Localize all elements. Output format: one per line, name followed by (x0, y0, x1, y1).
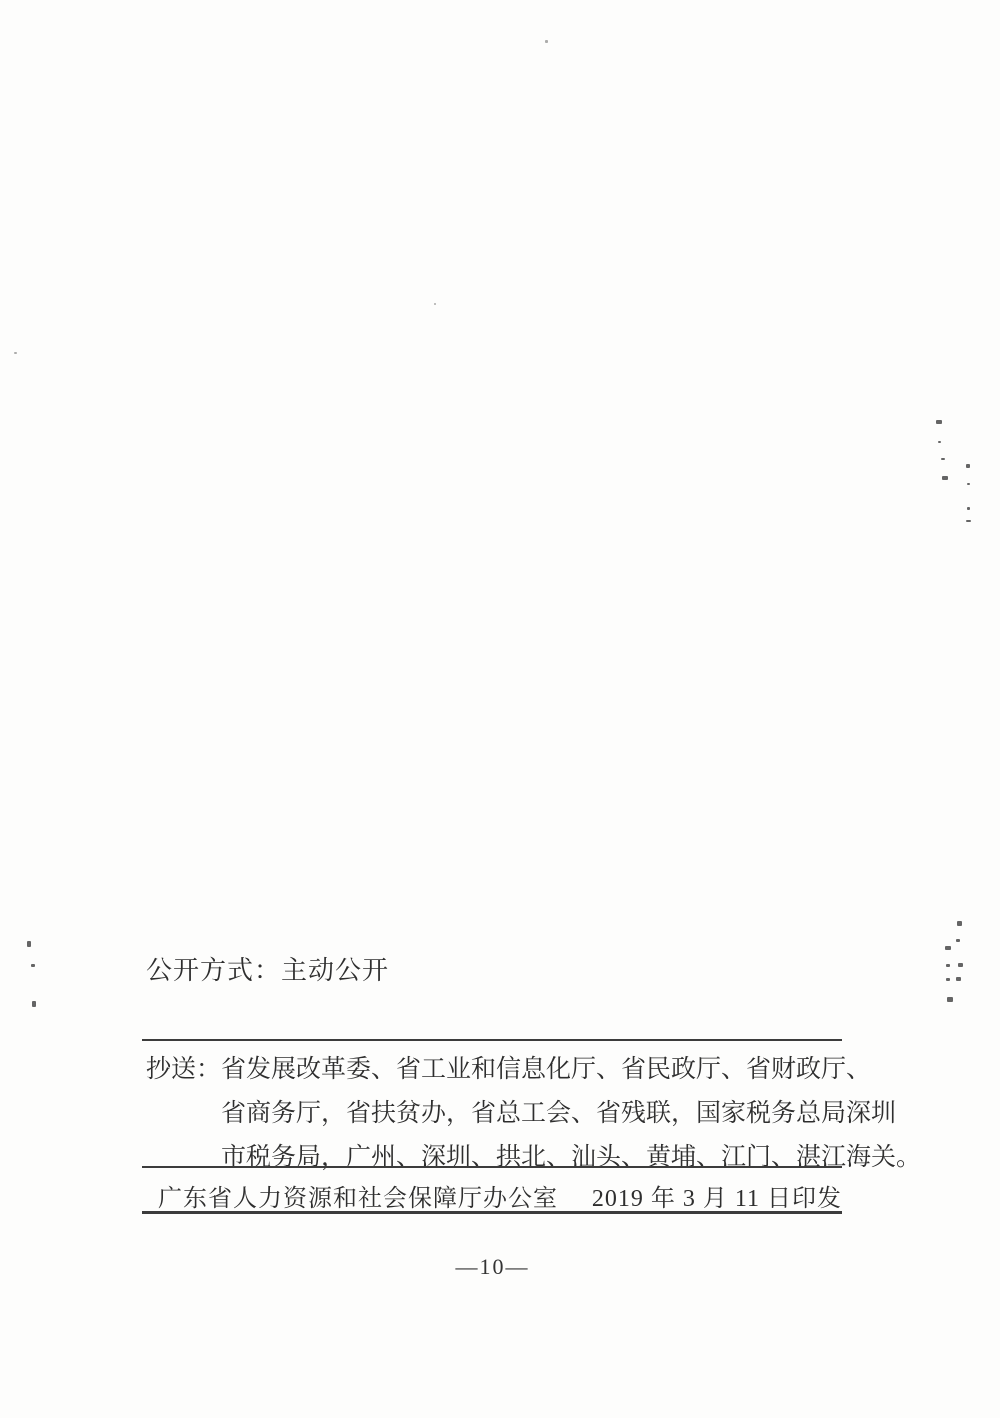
scan-speck (945, 946, 951, 950)
scan-speck (938, 441, 941, 443)
scan-speck (966, 464, 970, 468)
scan-speck (32, 1001, 36, 1007)
divider-middle (142, 1166, 842, 1168)
scan-speck (434, 303, 436, 305)
scan-speck (956, 977, 961, 981)
cc-lines: 省发展改革委、省工业和信息化厅、省民政厅、省财政厅、 省商务厅，省扶贫办，省总工… (221, 1048, 921, 1180)
print-date: 2019 年 3 月 11 日印发 (592, 1178, 842, 1213)
divider-top (142, 1039, 842, 1041)
scan-speck (936, 420, 942, 424)
cc-line-1: 省发展改革委、省工业和信息化厅、省民政厅、省财政厅、 (221, 1048, 921, 1092)
scan-speck (966, 520, 971, 522)
scan-speck (14, 352, 17, 354)
scan-speck (545, 40, 548, 43)
scan-speck (946, 978, 950, 981)
scan-speck (958, 963, 963, 967)
scan-speck (941, 458, 945, 460)
scan-speck (956, 939, 960, 942)
issuer-line: 广东省人力资源和社会保障厅办公室 2019 年 3 月 11 日印发 (158, 1178, 842, 1213)
document-page: 公开方式：主动公开 抄送： 省发展改革委、省工业和信息化厅、省民政厅、省财政厅、… (0, 0, 1000, 1418)
scan-speck (946, 964, 950, 967)
scan-speck (967, 507, 970, 510)
cc-block: 抄送： 省发展改革委、省工业和信息化厅、省民政厅、省财政厅、 省商务厅，省扶贫办… (146, 1048, 852, 1180)
divider-bottom (142, 1211, 842, 1214)
cc-line-2: 省商务厅，省扶贫办，省总工会、省残联，国家税务总局深圳 (221, 1092, 921, 1136)
page-number: —10— (0, 1254, 985, 1280)
scan-speck (947, 997, 953, 1002)
scan-speck (31, 964, 35, 967)
issuer-office: 广东省人力资源和社会保障厅办公室 (158, 1178, 558, 1213)
scan-speck (942, 476, 948, 480)
cc-label: 抄送： (146, 1048, 221, 1092)
cc-line-3: 市税务局，广州、深圳、拱北、汕头、黄埔、江门、湛江海关。 (221, 1136, 921, 1180)
scan-speck (27, 941, 31, 947)
scan-speck (967, 483, 970, 485)
disclosure-method-line: 公开方式：主动公开 (146, 950, 389, 987)
scan-speck (957, 921, 962, 926)
